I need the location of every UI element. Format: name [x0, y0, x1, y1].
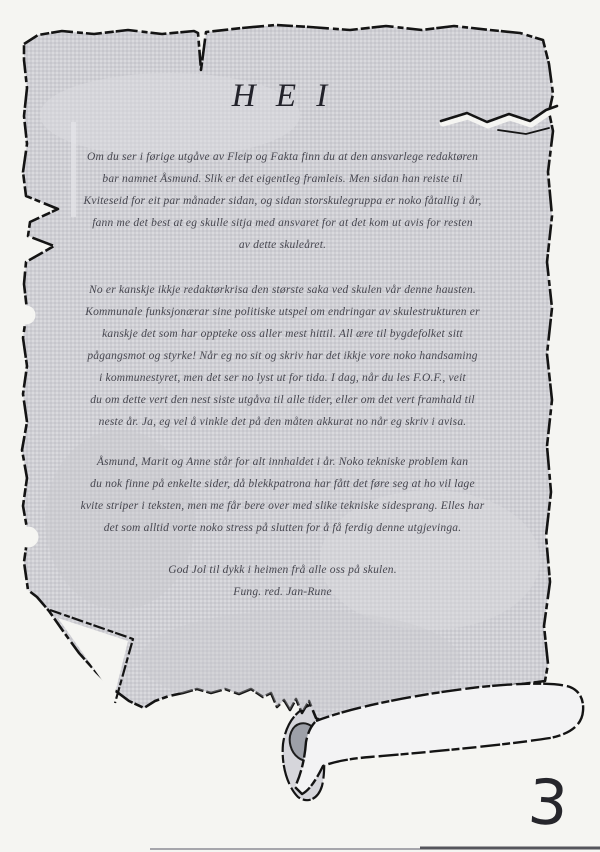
letter-paragraph-2: No er kanskje ikkje redaktørkrisa den st… — [55, 279, 510, 433]
letter-line: i kommunestyret, men det ser no lyst ut … — [55, 367, 510, 389]
letter-line: Åsmund, Marit og Anne står for alt innha… — [55, 451, 510, 473]
letter-paragraph-3: Åsmund, Marit og Anne står for alt innha… — [55, 451, 510, 539]
letter-closing: God Jol til dykk i heimen frå alle oss p… — [55, 559, 510, 603]
page-title: H E I — [55, 78, 510, 115]
letter-line: bar namnet Åsmund. Slik er det eigentleg… — [55, 168, 510, 190]
closing-signature-line: Fung. red. Jan-Rune — [55, 581, 510, 603]
letter-line: pågangsmot og styrke! Når eg no sit og s… — [55, 345, 510, 367]
letter-line: det som alltid vorte noko stress på slut… — [55, 517, 510, 539]
letter-paragraph-1: Om du ser i førige utgåve av Fleip og Fa… — [55, 146, 510, 256]
letter-line: No er kanskje ikkje redaktørkrisa den st… — [55, 279, 510, 301]
letter-line: kanskje det som har oppteke oss aller me… — [55, 323, 510, 345]
letter-line: du om dette vert den nest siste utgåva t… — [55, 389, 510, 411]
closing-greeting-line: God Jol til dykk i heimen frå alle oss p… — [55, 559, 510, 581]
letter-line: fann me det best at eg skulle sitja med … — [55, 212, 510, 234]
letter-line: neste år. Ja, eg vel å vinkle det på den… — [55, 411, 510, 433]
letter-text-layer: H E I Om du ser i førige utgåve av Fleip… — [0, 0, 600, 852]
letter-line: Om du ser i førige utgåve av Fleip og Fa… — [55, 146, 510, 168]
scanned-newsletter-page: H E I Om du ser i førige utgåve av Fleip… — [0, 0, 600, 852]
letter-line: kvite striper i teksten, men me får bere… — [55, 495, 510, 517]
page-number: 3 — [513, 761, 582, 845]
letter-line: Kviteseid for eit par månader sidan, og … — [55, 190, 510, 212]
letter-line: Kommunale funksjonærar sine politiske ut… — [55, 301, 510, 323]
letter-line: du nok finne på enkelte sider, då blekkp… — [55, 473, 510, 495]
letter-line: av dette skuleåret. — [55, 234, 510, 256]
